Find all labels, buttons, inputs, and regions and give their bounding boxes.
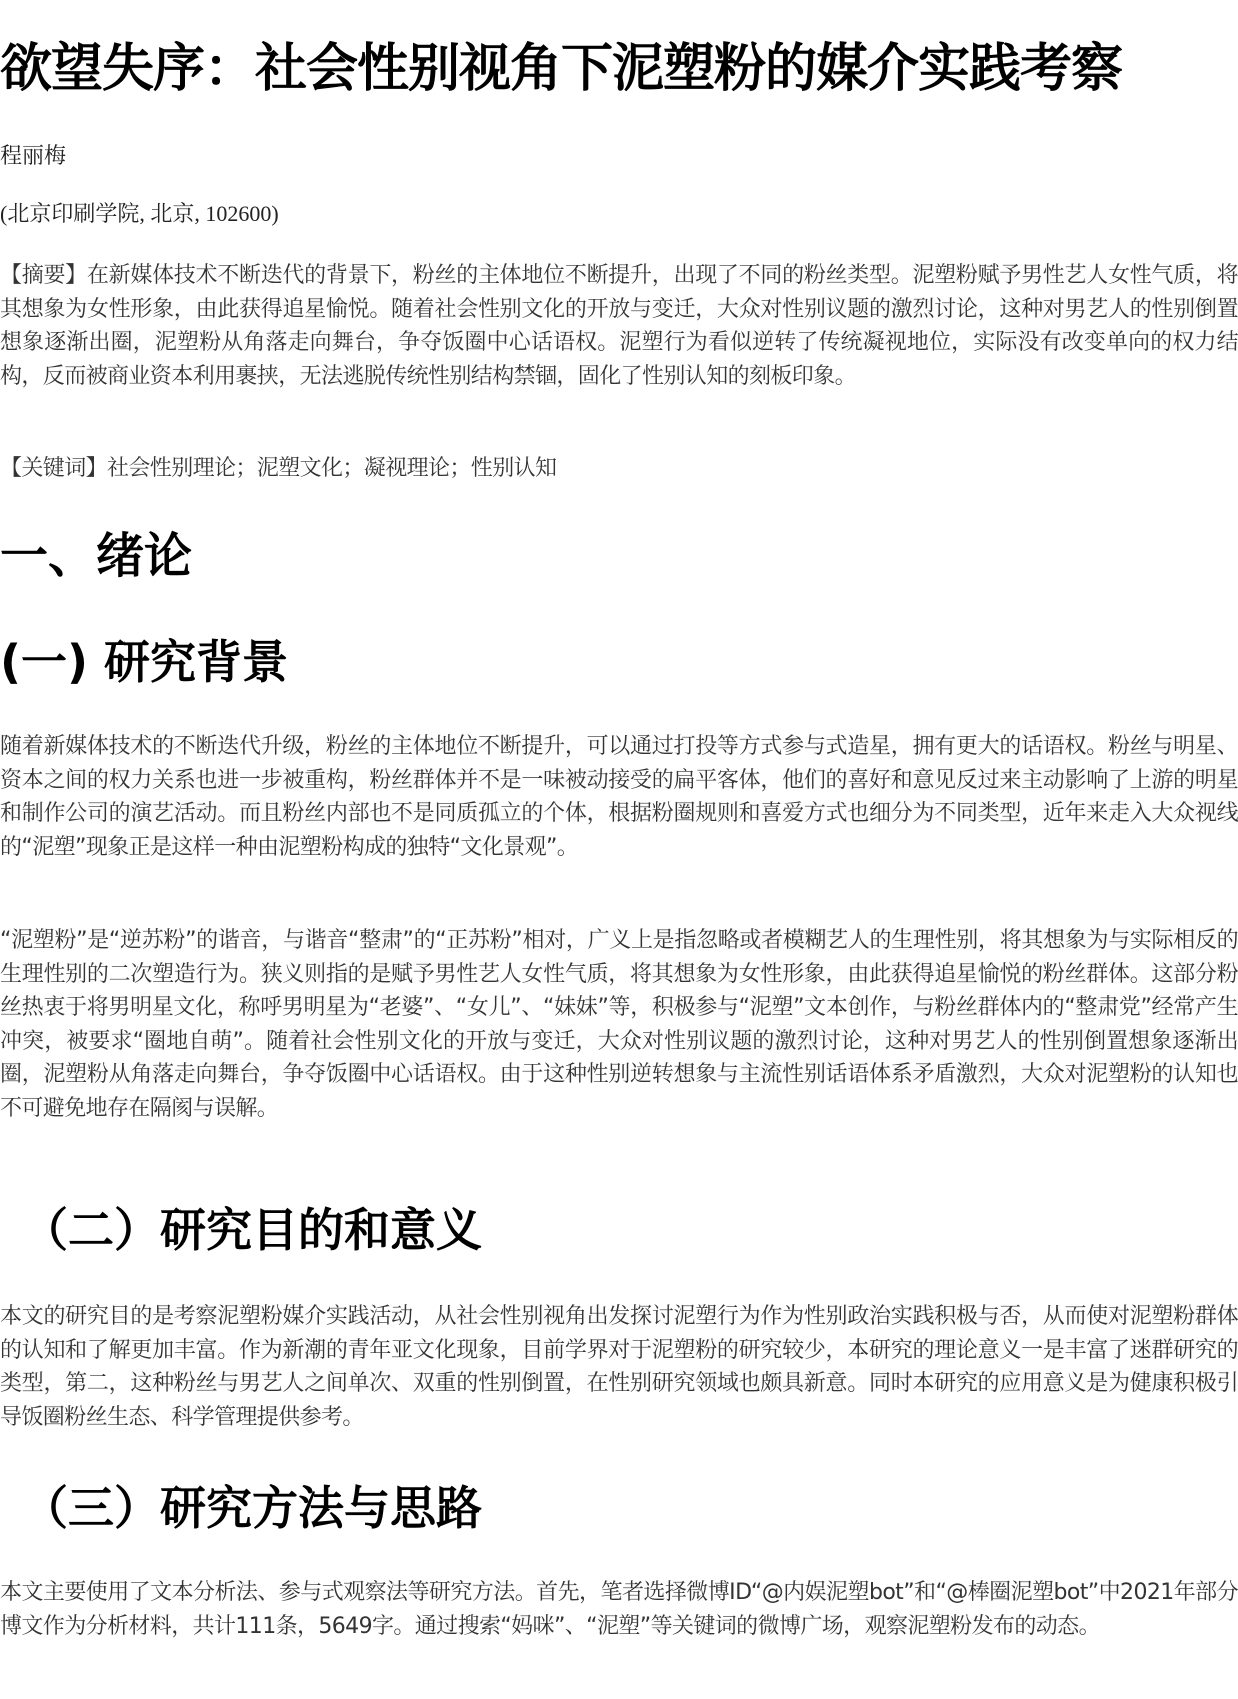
purpose-paragraph: 本文的研究目的是考察泥塑粉媒介实践活动，从社会性别视角出发探讨泥塑行为作为性别政… <box>0 1300 1238 1434</box>
keywords: 【关键词】社会性别理论；泥塑文化；凝视理论；性别认知 <box>0 452 1238 486</box>
paper-title: 欲望失序：社会性别视角下泥塑粉的媒介实践考察 <box>0 36 1122 102</box>
subsection-heading-background: (一) 研究背景 <box>0 632 288 692</box>
author-name: 程丽梅 <box>0 141 66 171</box>
subsection-heading-method: （三）研究方法与思路 <box>22 1478 482 1538</box>
author-affiliation: (北京印刷学院, 北京, 102600) <box>0 199 279 229</box>
background-paragraph-1: 随着新媒体技术的不断迭代升级，粉丝的主体地位不断提升，可以通过打投等方式参与式造… <box>0 730 1238 864</box>
abstract: 【摘要】在新媒体技术不断迭代的背景下，粉丝的主体地位不断提升，出现了不同的粉丝类… <box>0 259 1238 393</box>
subsection-heading-purpose: （二）研究目的和意义 <box>22 1200 482 1260</box>
background-paragraph-2: “泥塑粉”是“逆苏粉”的谐音，与谐音“整肃”的“正苏粉”相对，广义上是指忽略或者… <box>0 924 1238 1126</box>
section-heading-introduction: 一、绪论 <box>0 526 192 586</box>
method-paragraph: 本文主要使用了文本分析法、参与式观察法等研究方法。首先，笔者选择微博ID“@内娱… <box>0 1576 1238 1643</box>
